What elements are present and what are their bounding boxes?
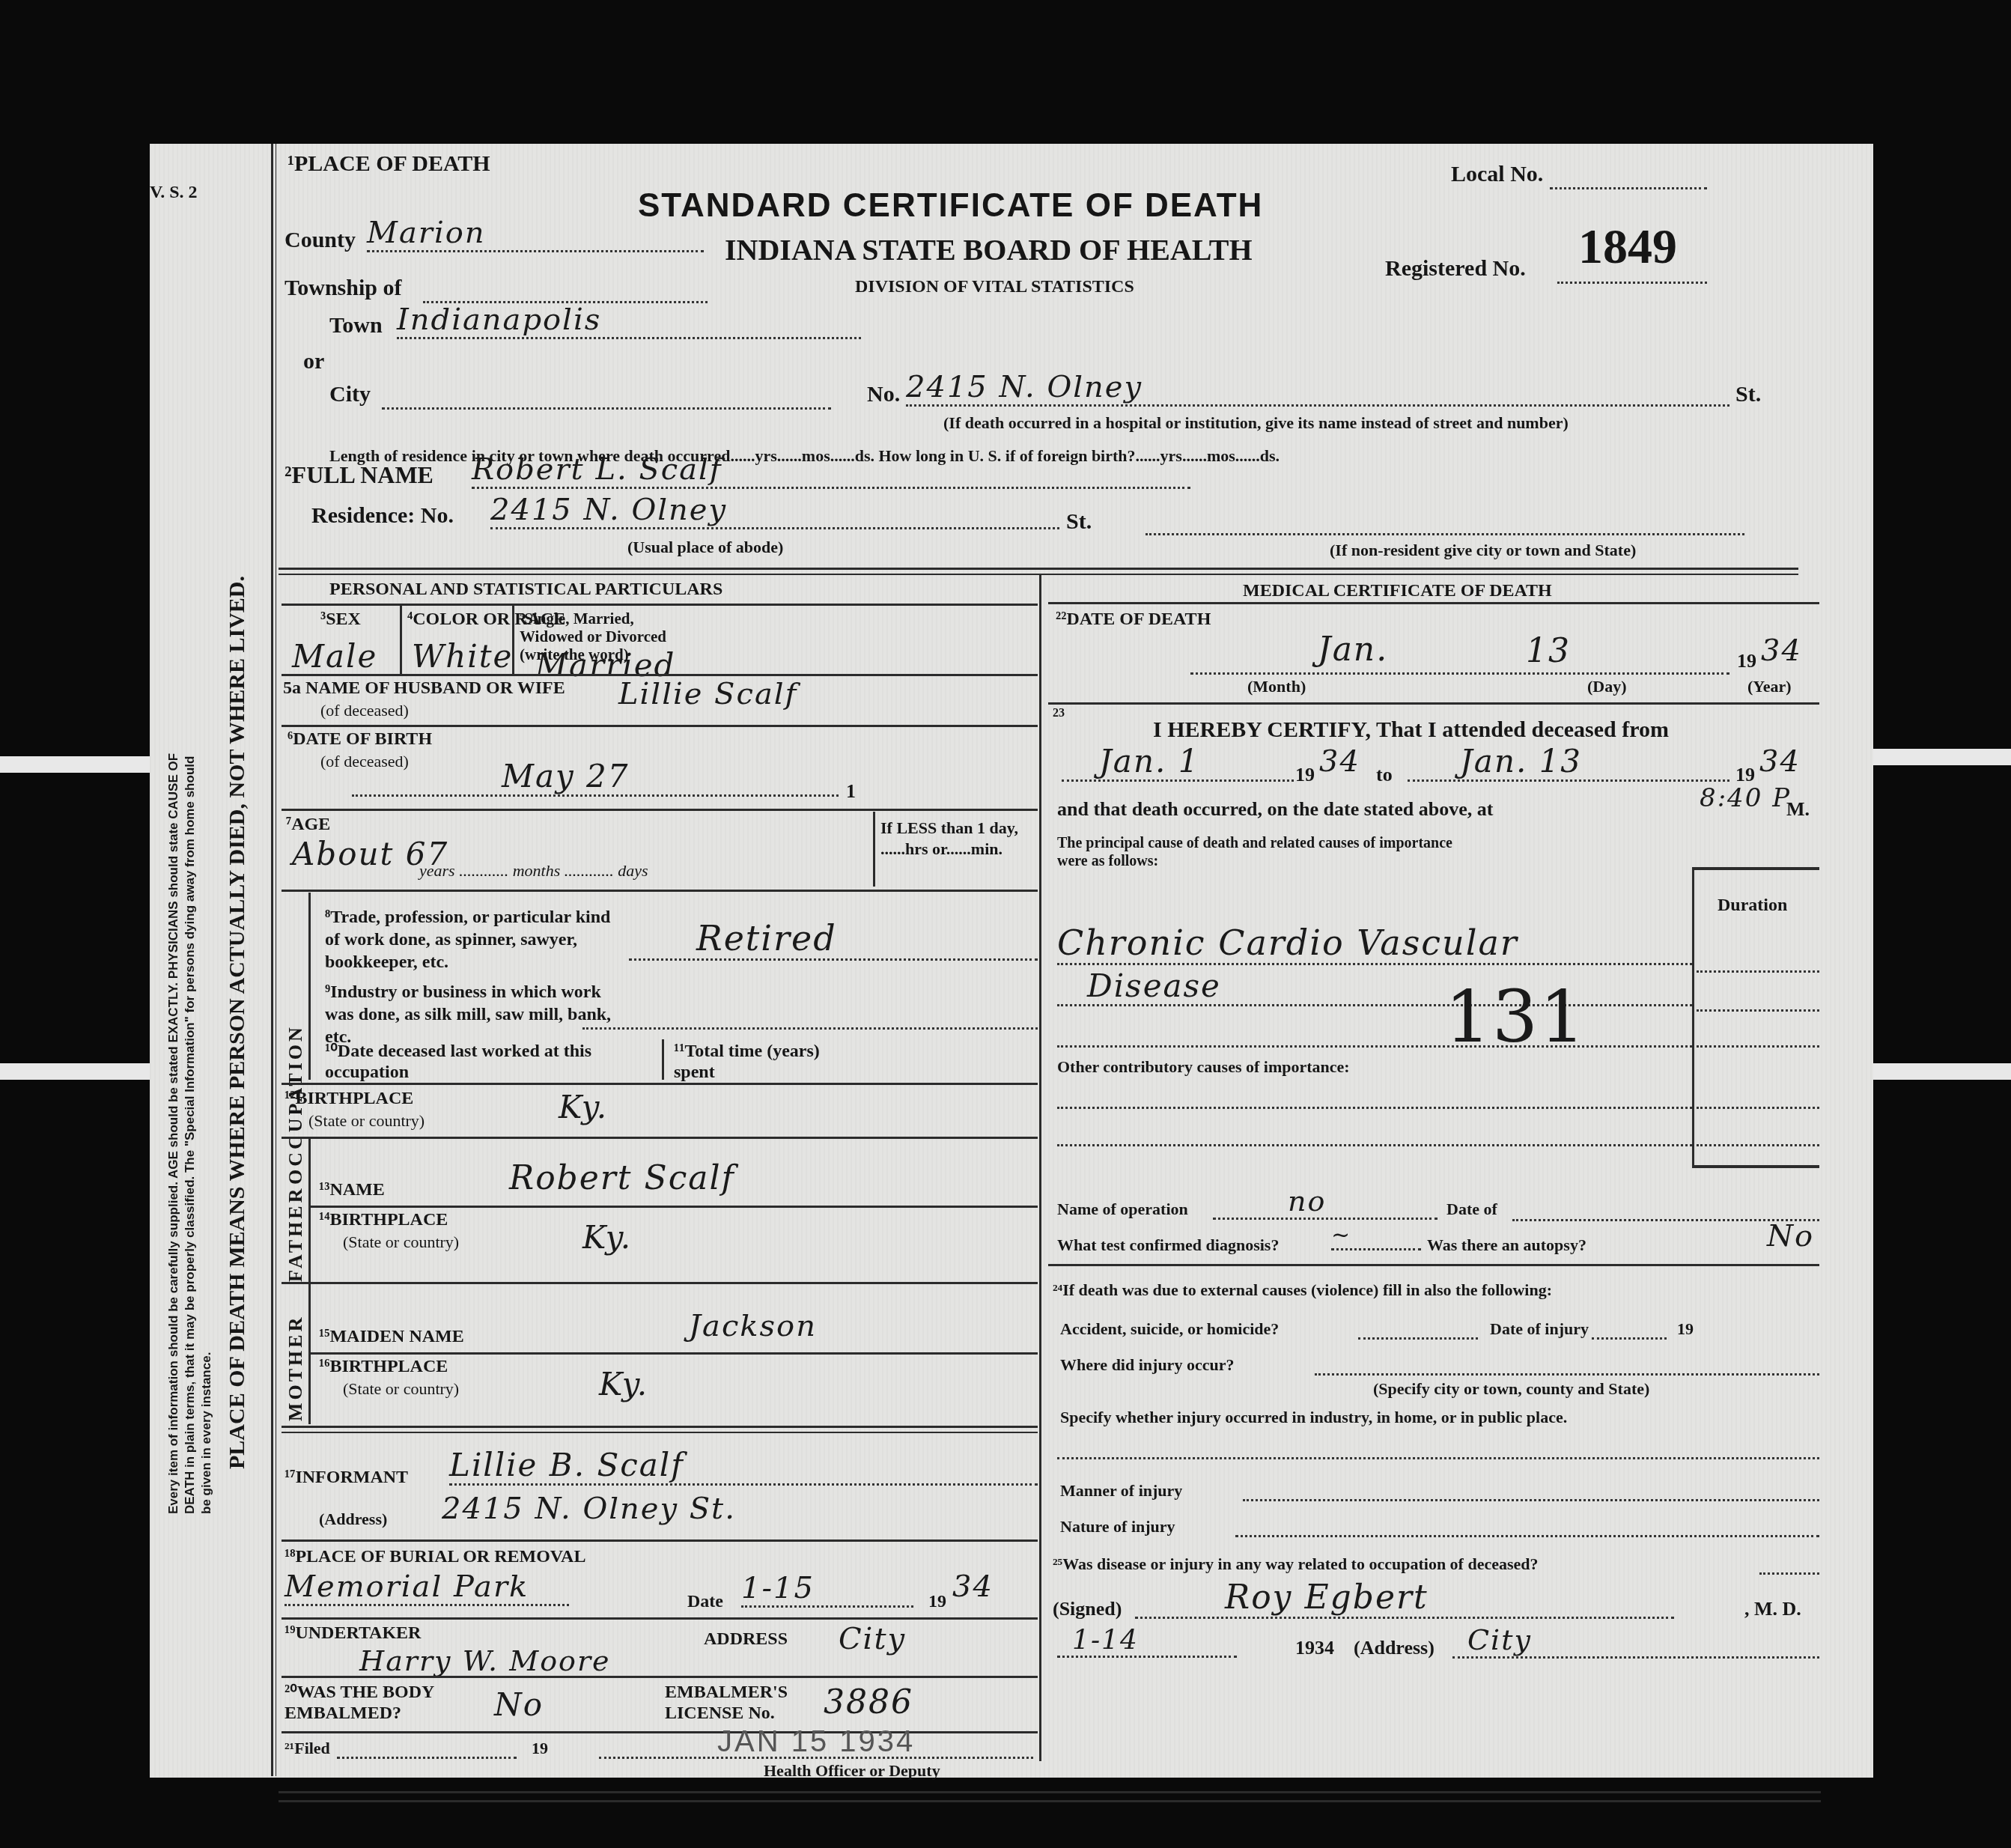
burial-year-field[interactable]: 34 [952,1569,994,1604]
time-text: and that death occurred, on the date sta… [1057,798,1493,821]
undertaker-label: ¹⁹UNDERTAKER [285,1623,421,1644]
registered-no-label: Registered No. [1385,256,1526,282]
filed-year-prefix: 19 [532,1739,548,1758]
to-year-field[interactable]: 34 [1759,744,1801,779]
mother-maiden-field[interactable]: Jackson [689,1309,817,1343]
nature-field[interactable] [1235,1517,1819,1537]
township-label: Township of [285,276,401,301]
dob-field[interactable]: May 27 [352,758,839,797]
row-line [282,809,1038,811]
duration-bottom-line [1692,1165,1819,1168]
occupation-related-label: ²⁵Was disease or injury in any way relat… [1053,1554,1539,1574]
town-field[interactable]: Indianapolis [397,303,861,339]
father-birthplace-label: ¹⁴BIRTHPLACE [319,1210,448,1230]
manner-field[interactable] [1243,1481,1819,1501]
operation-label: Name of operation [1057,1200,1188,1219]
signed-date-field[interactable]: 1-14 [1057,1625,1237,1658]
nonresident-note: (If non-resident give city or town and S… [1330,541,1636,560]
duration-divider [1692,869,1694,1167]
signed-address-label: (Address) [1354,1637,1435,1659]
manner-label: Manner of injury [1060,1481,1182,1501]
residence-st-label: St. [1066,509,1092,535]
filed-stamp: JAN 15 1934 [717,1725,915,1759]
street-field[interactable]: 2415 N. Olney [906,370,1729,407]
cause-code: 131 [1445,975,1586,1059]
last-worked-label: ¹⁰Date deceased last worked at this occu… [325,1041,594,1083]
cell-divider [512,605,514,674]
county-label: County [285,228,356,253]
burial-place-field[interactable]: Memorial Park [285,1569,569,1606]
duration-line-5 [1697,1129,1819,1146]
birthplace-field[interactable]: Ky. [559,1089,608,1125]
father-birthplace-sub: (State or country) [343,1232,459,1252]
cause-line-2[interactable]: Disease [1057,967,1692,1006]
cause-line-3[interactable] [1057,1020,1692,1048]
operation-field[interactable]: no [1213,1185,1437,1220]
signed-label: (Signed) [1053,1598,1122,1620]
margin-instruction-2: DEATH in plain terms, that it may be pro… [183,286,198,1514]
trade-field[interactable]: Retired [629,918,1038,961]
city-field[interactable] [382,383,831,410]
filed-label: ²¹Filed [285,1739,330,1758]
town-label: Town [329,313,383,338]
place-of-death-label: ¹PLACE OF DEATH [287,151,490,177]
sex-label: ³SEX [320,610,361,630]
cell-divider [400,605,402,674]
accident-field[interactable] [1358,1319,1478,1340]
injury-date-label: Date of injury [1490,1319,1589,1339]
father-bracket [308,1138,311,1283]
row-line [282,890,1038,892]
signed-year: 1934 [1295,1637,1334,1659]
trade-label: ⁸Trade, profession, or particular kind o… [325,906,624,973]
death-time-field[interactable]: 8:40 P [1700,783,1791,813]
month-sub: (Month) [1247,677,1306,696]
where-label: Where did injury occur? [1060,1355,1234,1375]
county-field[interactable]: Marion [367,216,704,252]
occupation-bracket [308,893,311,1080]
informant-label: ¹⁷INFORMANT [285,1468,408,1488]
attended-from-field[interactable]: Jan. 1 [1062,743,1294,782]
form-id: V. S. 2 [150,183,198,203]
informant-address-field[interactable]: 2415 N. Olney St. [442,1492,736,1526]
dod-day-field[interactable]: 13 [1526,632,1571,670]
dod-year-prefix: 19 [1737,650,1756,672]
industry-field[interactable] [582,1005,1038,1030]
birthplace-sub: (State or country) [308,1111,425,1131]
spouse-field[interactable]: Lillie Scalf [618,677,797,711]
burial-date-label: Date [687,1592,723,1612]
to-label: to [1376,764,1393,786]
father-side-label: FATHER [285,1186,307,1282]
certificate-title: STANDARD CERTIFICATE OF DEATH [638,187,1263,225]
row-line [310,1206,1038,1208]
undertaker-address-label: ADDRESS [704,1629,788,1650]
specify-field[interactable] [1057,1439,1819,1459]
medical-section-title: MEDICAL CERTIFICATE OF DEATH [1243,581,1552,601]
spouse-sub: (of deceased) [320,701,409,720]
certify-text: I HEREBY CERTIFY, That I attended deceas… [1153,717,1669,743]
full-name-field[interactable]: Robert L. Scalf [472,452,1190,489]
external-causes-label: ²⁴If death was due to external causes (v… [1053,1280,1552,1300]
or-label: or [303,349,324,374]
dob-year-prefix: 1 [846,780,856,803]
local-no-label: Local No. [1451,162,1543,187]
section-divider [279,574,1798,575]
race-field[interactable]: White [412,638,513,675]
mother-birthplace-field[interactable]: Ky. [599,1366,648,1402]
local-no-field[interactable] [1550,165,1707,189]
dod-year-field[interactable]: 34 [1761,633,1802,668]
registered-no: 1849 [1578,219,1677,276]
city-label: City [329,382,371,407]
cell-divider [662,1039,664,1080]
usual-abode-note: (Usual place of abode) [627,538,783,557]
film-stripe [1872,1063,2011,1080]
spouse-label: 5a NAME OF HUSBAND OR WIFE [283,678,565,699]
column-divider [1039,575,1041,1761]
township-field[interactable] [423,277,708,303]
less-than-day-note: If LESS than 1 day, ......hrs or......mi… [880,818,1030,860]
signed-address-field[interactable]: City [1452,1623,1819,1659]
total-time-label: ¹¹Total time (years) spent [674,1041,839,1083]
contributory-label: Other contributory causes of importance: [1057,1057,1350,1077]
injury-date-field[interactable] [1592,1319,1667,1340]
test-label: What test confirmed diagnosis? [1057,1235,1279,1255]
margin-place-of-death-note: PLACE OF DEATH MEANS WHERE PERSON ACTUAL… [225,576,250,1469]
from-year-prefix: 19 [1295,764,1315,786]
duration-line-3 [1697,1020,1819,1048]
nature-label: Nature of injury [1060,1517,1175,1537]
sex-field[interactable]: Male [292,638,377,675]
contributory-line-2[interactable] [1057,1129,1692,1146]
hospital-note: (If death occurred in a hospital or inst… [943,413,1569,433]
embalmed-field[interactable]: No [494,1686,544,1723]
film-stripe [0,1063,150,1080]
father-birthplace-field[interactable]: Ky. [582,1219,632,1256]
nonresident-field[interactable] [1146,511,1744,535]
from-year-field[interactable]: 34 [1319,744,1360,779]
margin-divider [276,144,276,1776]
test-field[interactable]: ~ [1331,1222,1421,1250]
contributory-line-1[interactable] [1057,1092,1692,1109]
occupation-related-field[interactable] [1759,1554,1819,1575]
row-line [282,1432,1038,1433]
time-suffix: M. [1786,798,1810,821]
autopsy-field[interactable]: No [1767,1219,1814,1253]
signature-field[interactable]: Roy Egbert [1135,1578,1674,1619]
health-officer-label: Health Officer or Deputy [764,1761,940,1781]
section-divider [279,568,1798,570]
embalmed-label: ²⁰WAS THE BODY EMBALMED? [285,1682,434,1724]
film-stripe [0,756,150,773]
row-line [1048,602,1819,604]
mother-side-label: MOTHER [285,1315,307,1421]
row-line [282,1540,1038,1542]
year-sub: (Year) [1747,677,1792,696]
death-certificate: V. S. 2 Every item of information should… [150,144,1873,1778]
bottom-rule [279,1791,1821,1793]
operation-date-field[interactable] [1512,1200,1819,1221]
age-units: years ............ months ............ d… [419,861,648,881]
operation-date-label: Date of [1446,1200,1497,1219]
birthplace-label: ¹²BIRTHPLACE [285,1089,413,1109]
duration-line-1 [1697,966,1819,973]
autopsy-label: Was there an autopsy? [1427,1235,1586,1255]
burial-year-prefix: 19 [928,1592,946,1612]
dod-label: ²²DATE OF DEATH [1056,610,1211,630]
license-field[interactable]: 3886 [824,1683,913,1721]
row-line [282,674,1038,676]
residence-field[interactable]: 2415 N. Olney [490,493,1059,529]
row-line [282,604,1038,606]
dob-label: ⁶DATE OF BIRTH [287,729,432,750]
row-line [282,1083,1038,1085]
row-line [282,725,1038,727]
informant-address-label: (Address) [319,1510,387,1529]
row-line [1048,702,1819,705]
father-name-label: ¹³NAME [319,1180,385,1200]
undertaker-field[interactable]: Harry W. Moore [359,1644,611,1677]
where-note: (Specify city or town, county and State) [1373,1379,1649,1399]
age-label: ⁷AGE [286,815,330,835]
row-line [310,1352,1038,1355]
row-line [282,1676,1038,1678]
father-name-field[interactable]: Robert Scalf [509,1159,735,1197]
license-label: EMBALMER'S LICENSE No. [665,1682,815,1724]
mother-birthplace-sub: (State or country) [343,1379,459,1399]
film-stripe [1872,749,2011,765]
burial-date-field[interactable]: 1-15 [741,1571,913,1608]
dod-month-field[interactable]: Jan. [1318,630,1388,669]
division-name: DIVISION OF VITAL STATISTICS [855,277,1134,297]
day-sub: (Day) [1587,677,1627,696]
informant-field[interactable]: Lillie B. Scalf [449,1447,1038,1486]
duration-label: Duration [1718,896,1787,916]
undertaker-address-field[interactable]: City [839,1622,906,1656]
injury-year-prefix: 19 [1677,1319,1694,1339]
row-line [282,1282,1038,1284]
row-line [282,1137,1038,1139]
cell-divider [873,812,875,887]
attended-to-field[interactable]: Jan. 13 [1408,743,1729,782]
item-23-no: 23 [1053,707,1065,720]
board-name: INDIANA STATE BOARD OF HEALTH [725,232,1253,267]
duration-top-line [1692,867,1819,870]
residence-label: Residence: No. [311,503,454,529]
specify-label: Specify whether injury occurred in indus… [1060,1408,1567,1427]
row-line [282,1617,1038,1620]
row-line [282,1731,1038,1733]
duration-line-2 [1697,1005,1819,1012]
md-label: , M. D. [1744,1598,1801,1620]
bottom-rule [279,1800,1821,1802]
cause-line-1[interactable]: Chronic Cardio Vascular [1057,923,1692,965]
row-line [282,1426,1038,1428]
mother-birthplace-label: ¹⁶BIRTHPLACE [319,1357,448,1377]
where-field[interactable] [1315,1355,1819,1376]
burial-label: ¹⁸PLACE OF BURIAL OR REMOVAL [285,1547,585,1567]
duration-line-4 [1697,1092,1819,1109]
dod-line [1190,668,1729,675]
filed-date-field[interactable] [337,1739,517,1759]
accident-label: Accident, suicide, or homicide? [1060,1319,1279,1339]
industry-label: ⁹Industry or business in which work was … [325,981,624,1048]
personal-section-title: PERSONAL AND STATISTICAL PARTICULARS [329,580,722,600]
margin-instruction-3: be given in every instance. [199,1352,214,1514]
row-line [1048,1264,1819,1266]
cause-intro: The principal cause of death and related… [1057,834,1476,870]
street-no-label: No. [867,382,900,407]
margin-divider [271,144,273,1776]
mother-maiden-label: ¹⁵MAIDEN NAME [319,1327,464,1347]
street-st-label: St. [1735,382,1761,407]
full-name-label: ²FULL NAME [285,461,433,489]
margin-instruction-1: Every item of information should be care… [166,286,181,1514]
